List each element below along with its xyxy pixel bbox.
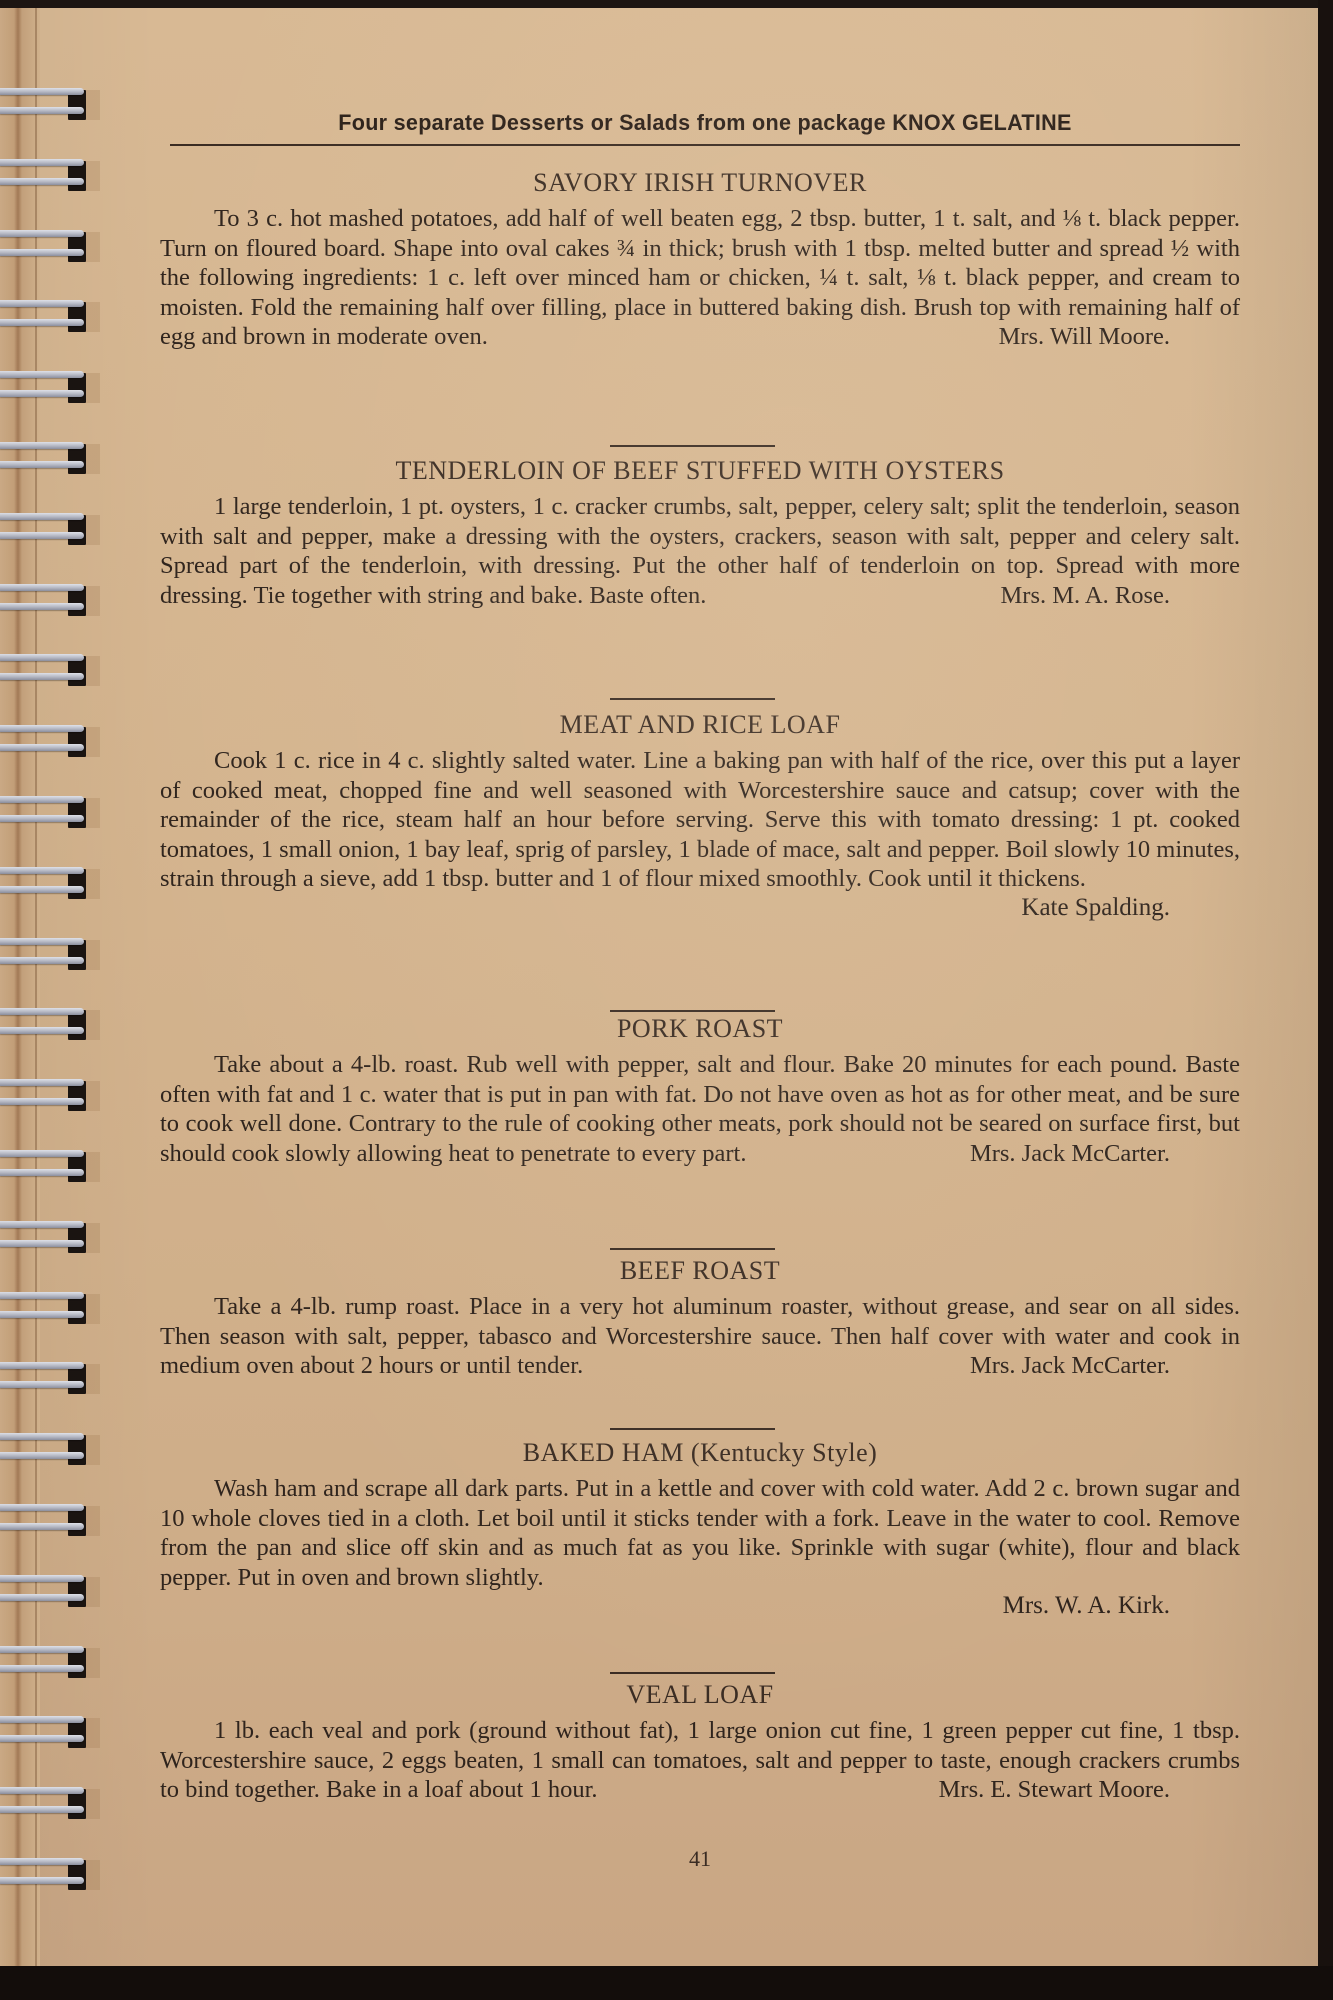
recipe-title: MEAT AND RICE LOAF bbox=[160, 710, 1240, 740]
binding-ring-icon bbox=[0, 1219, 100, 1257]
binding-ring-icon bbox=[0, 1431, 100, 1469]
binding-ring-icon bbox=[0, 1856, 100, 1894]
recipe-divider bbox=[610, 1010, 775, 1012]
recipe-pork-roast: PORK ROAST Take about a 4-lb. roast. Rub… bbox=[160, 1014, 1240, 1168]
recipe-beef-roast: BEEF ROAST Take a 4-lb. rump roast. Plac… bbox=[160, 1256, 1240, 1381]
binding-ring-icon bbox=[0, 1785, 100, 1823]
photo-background-bottom bbox=[0, 1966, 1333, 2000]
binding-ring-icon bbox=[0, 511, 100, 549]
recipe-title: BEEF ROAST bbox=[160, 1256, 1240, 1286]
binding-ring-icon bbox=[0, 298, 100, 336]
binding-ring-icon bbox=[0, 1006, 100, 1044]
recipe-title: VEAL LOAF bbox=[160, 1680, 1240, 1710]
binding-ring-icon bbox=[0, 652, 100, 690]
recipe-body: Cook 1 c. rice in 4 c. slightly salted w… bbox=[160, 746, 1240, 894]
recipe-author: Mrs. Will Moore. bbox=[945, 322, 1240, 352]
running-head-rule bbox=[170, 144, 1240, 146]
photo-background-top bbox=[0, 0, 1333, 8]
binding-ring-icon bbox=[0, 1077, 100, 1115]
recipe-divider bbox=[610, 1428, 775, 1430]
recipe-divider bbox=[610, 1672, 775, 1674]
recipe-baked-ham: BAKED HAM (Kentucky Style) Wash ham and … bbox=[160, 1438, 1240, 1620]
binding-ring-icon bbox=[0, 369, 100, 407]
binding-ring-icon bbox=[0, 1148, 100, 1186]
recipe-author: Mrs. M. A. Rose. bbox=[947, 581, 1240, 611]
recipe-body: To 3 c. hot mashed potatoes, add half of… bbox=[160, 204, 1240, 352]
recipe-body: Take a 4-lb. rump roast. Place in a very… bbox=[160, 1292, 1240, 1381]
binding-ring-icon bbox=[0, 1644, 100, 1682]
recipe-meat-and-rice-loaf: MEAT AND RICE LOAF Cook 1 c. rice in 4 c… bbox=[160, 710, 1240, 922]
recipe-author: Mrs. W. A. Kirk. bbox=[160, 1592, 1240, 1620]
page-number: 41 bbox=[160, 1846, 1240, 1872]
recipe-veal-loaf: VEAL LOAF 1 lb. each veal and pork (grou… bbox=[160, 1680, 1240, 1805]
recipe-divider bbox=[610, 445, 775, 447]
photo-background-right bbox=[1318, 0, 1333, 2000]
binding-ring-icon bbox=[0, 936, 100, 974]
binding-ring-icon bbox=[0, 157, 100, 195]
recipe-author: Kate Spalding. bbox=[160, 894, 1240, 922]
binding-ring-icon bbox=[0, 440, 100, 478]
binding-ring-icon bbox=[0, 582, 100, 620]
recipe-title: TENDERLOIN OF BEEF STUFFED WITH OYSTERS bbox=[160, 456, 1240, 486]
recipe-title: PORK ROAST bbox=[160, 1014, 1240, 1044]
binding-ring-icon bbox=[0, 723, 100, 761]
recipe-author: Mrs. E. Stewart Moore. bbox=[885, 1775, 1240, 1805]
binding-ring-icon bbox=[0, 1714, 100, 1752]
recipe-divider bbox=[610, 698, 775, 700]
binding-ring-icon bbox=[0, 86, 100, 124]
cookbook-page: Four separate Desserts or Salads from on… bbox=[0, 8, 1318, 1966]
recipe-body: 1 lb. each veal and pork (ground without… bbox=[160, 1716, 1240, 1805]
binding-ring-icon bbox=[0, 1360, 100, 1398]
recipe-author: Mrs. Jack McCarter. bbox=[916, 1351, 1240, 1381]
recipe-title: BAKED HAM (Kentucky Style) bbox=[160, 1438, 1240, 1468]
running-head: Four separate Desserts or Salads from on… bbox=[181, 110, 1230, 136]
recipe-body: Wash ham and scrape all dark parts. Put … bbox=[160, 1474, 1240, 1592]
recipe-savory-irish-turnover: SAVORY IRISH TURNOVER To 3 c. hot mashed… bbox=[160, 168, 1240, 352]
binding-ring-icon bbox=[0, 1573, 100, 1611]
recipe-tenderloin-of-beef: TENDERLOIN OF BEEF STUFFED WITH OYSTERS … bbox=[160, 456, 1240, 610]
recipe-body: Take about a 4-lb. roast. Rub well with … bbox=[160, 1050, 1240, 1168]
recipe-title: SAVORY IRISH TURNOVER bbox=[160, 168, 1240, 198]
binding-ring-icon bbox=[0, 865, 100, 903]
binding-ring-icon bbox=[0, 1290, 100, 1328]
recipe-author: Mrs. Jack McCarter. bbox=[916, 1139, 1240, 1169]
binding-ring-icon bbox=[0, 1502, 100, 1540]
recipe-divider bbox=[610, 1248, 775, 1250]
recipe-body: 1 large tenderloin, 1 pt. oysters, 1 c. … bbox=[160, 492, 1240, 610]
binding-ring-icon bbox=[0, 228, 100, 266]
binding-ring-icon bbox=[0, 794, 100, 832]
